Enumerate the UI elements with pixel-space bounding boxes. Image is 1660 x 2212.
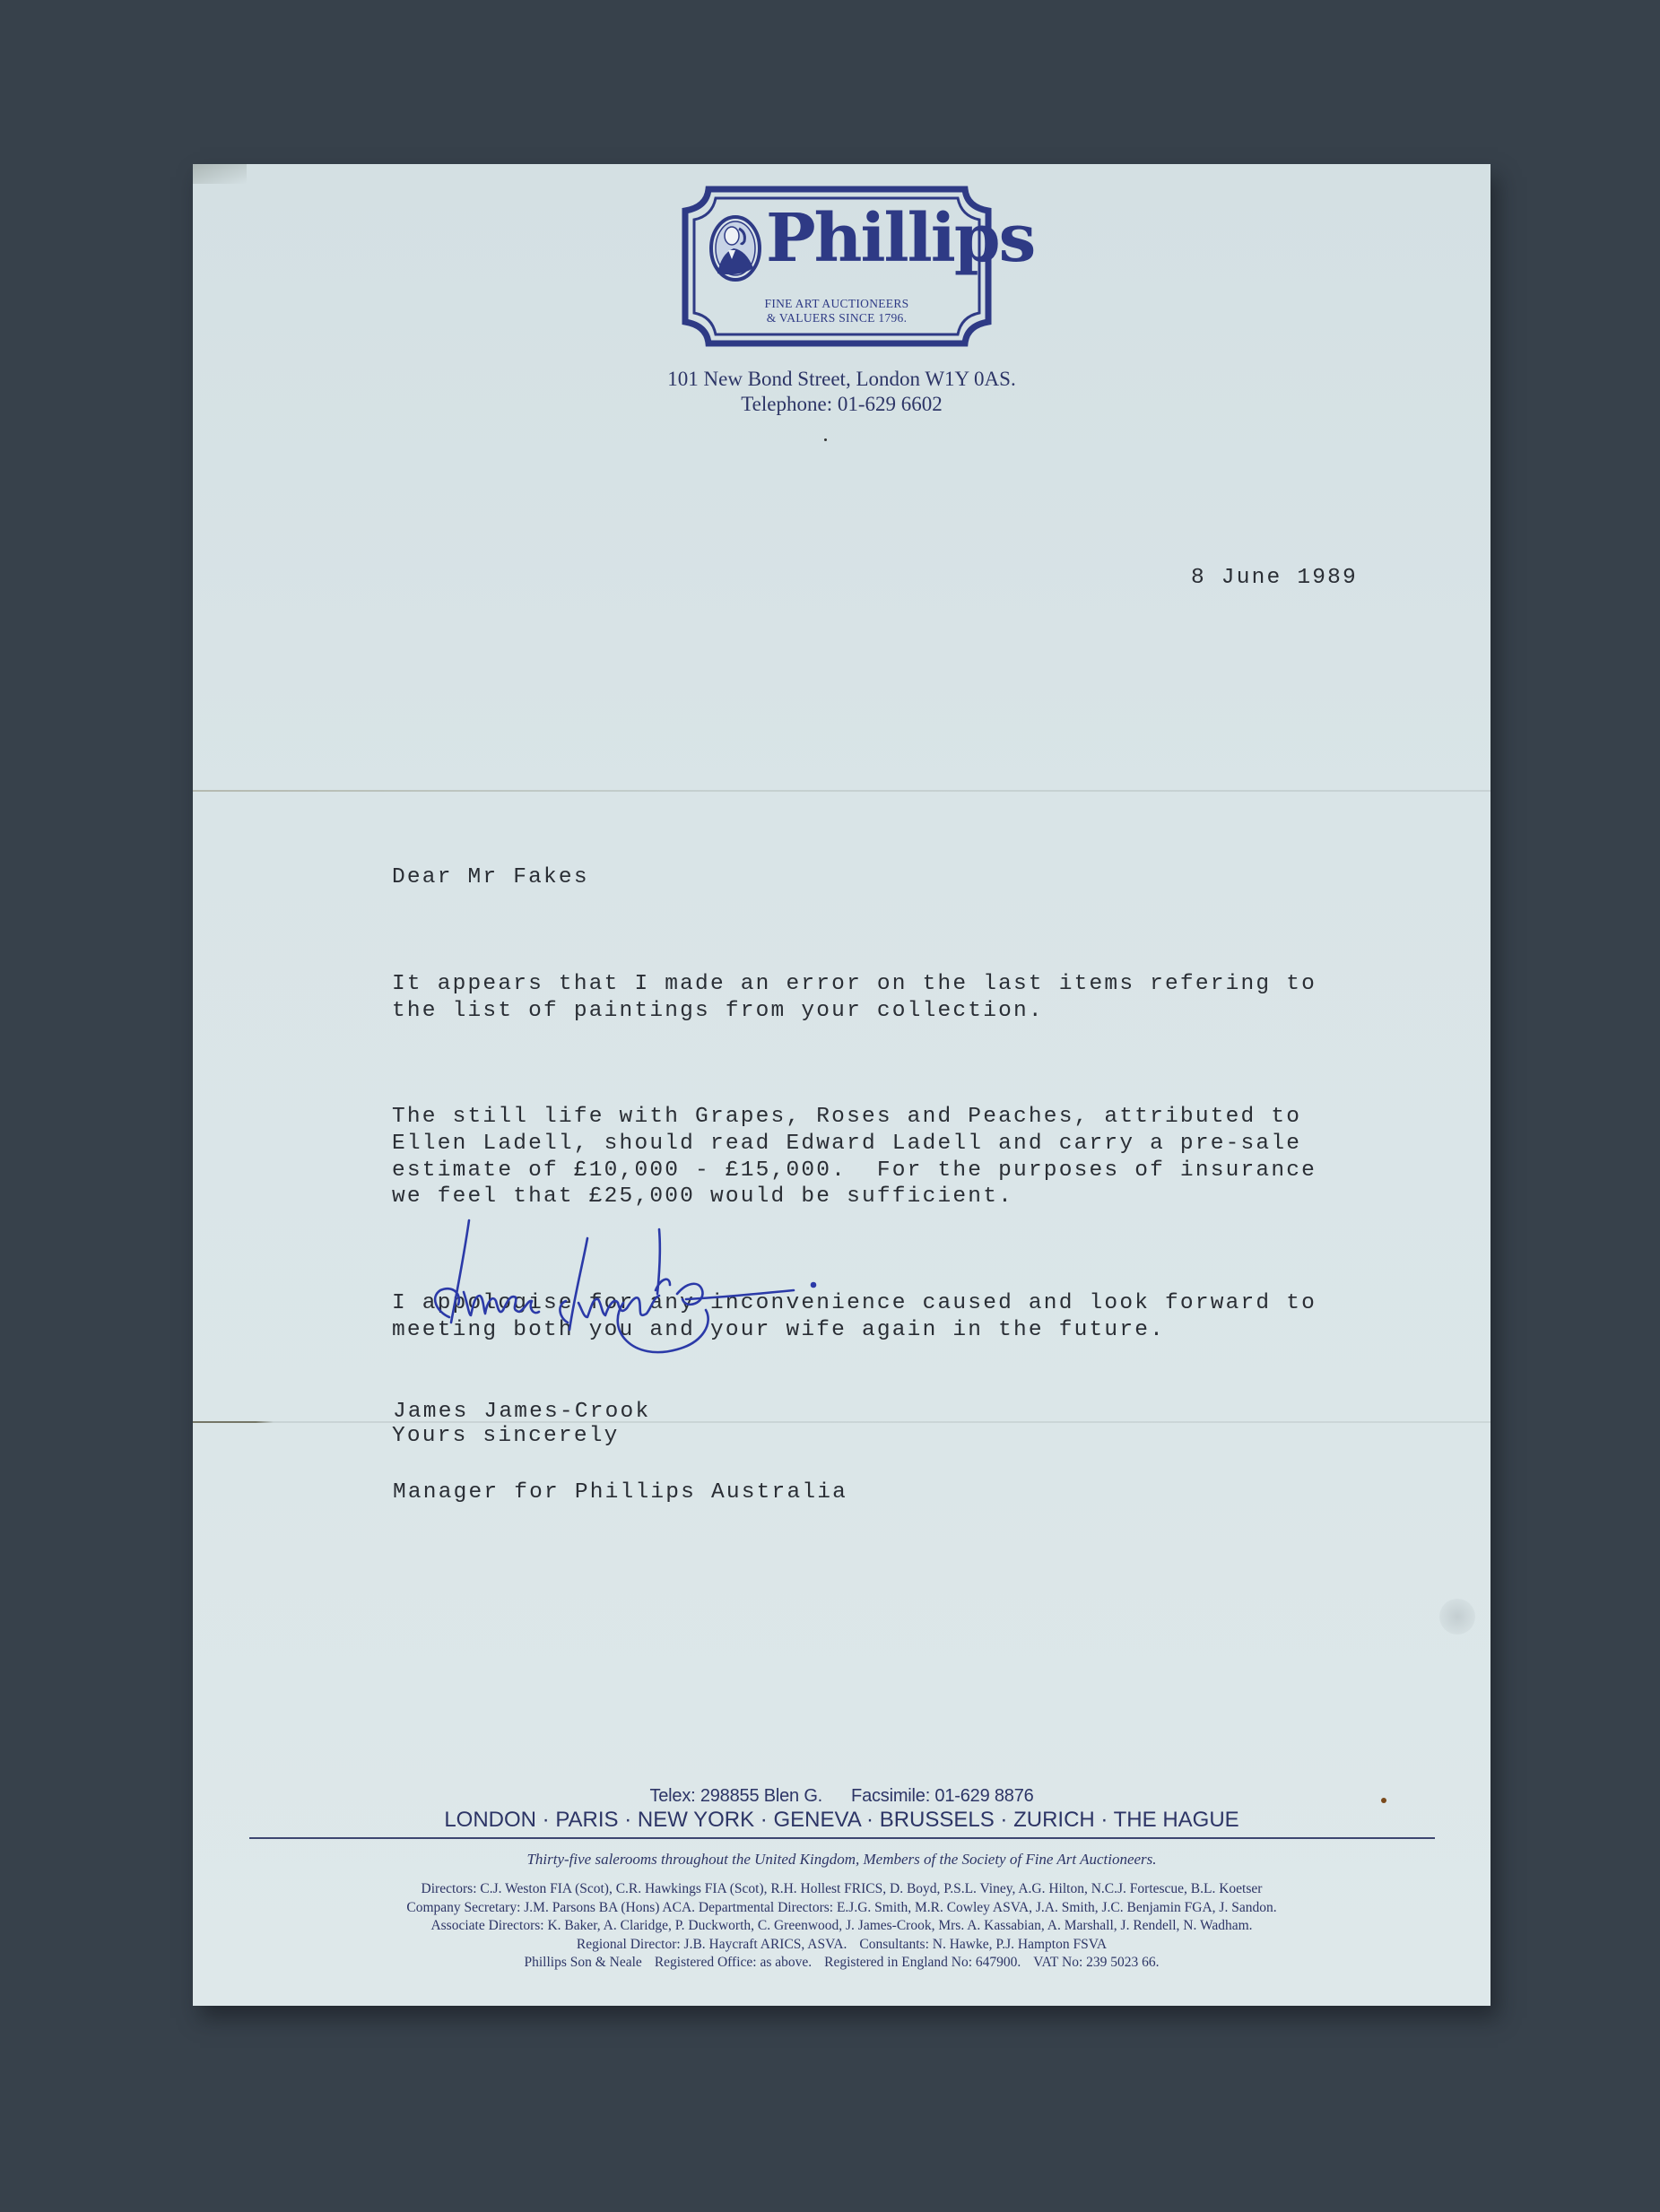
paper-smudge (1439, 1599, 1475, 1635)
footer-tagline: Thirty-five salerooms throughout the Uni… (193, 1850, 1491, 1869)
consultants: Consultants: N. Hawke, P.J. Hampton FSVA (859, 1937, 1107, 1952)
paragraph-line: It appears that I made an error on the l… (392, 972, 1317, 996)
letterhead-address: 101 New Bond Street, London W1Y 0AS. Tel… (193, 367, 1491, 417)
ink-dot (824, 438, 827, 441)
letter-page: Phillips FINE ART AUCTIONEERS & VALUERS … (193, 164, 1491, 2006)
signatory-name: James James-Crook (393, 1399, 847, 1426)
paper-corner-wear (193, 164, 247, 184)
tagline-line: & VALUERS SINCE 1796. (682, 311, 992, 325)
handwritten-signature-icon (417, 1204, 847, 1366)
company-secretary-line: Company Secretary: J.M. Parsons BA (Hons… (193, 1899, 1491, 1918)
phillips-logo: Phillips FINE ART AUCTIONEERS & VALUERS … (682, 186, 992, 347)
paragraph-line: The still life with Grapes, Roses and Pe… (392, 1105, 1301, 1129)
registered-office: Registered Office: as above. (655, 1955, 812, 1970)
directors-line: Directors: C.J. Weston FIA (Scot), C.R. … (193, 1880, 1491, 1899)
paragraph-line: Ellen Ladell, should read Edward Ladell … (392, 1132, 1301, 1156)
portrait-medallion-icon (711, 217, 760, 280)
regional-consultants-line: Regional Director: J.B. Haycraft ARICS, … (193, 1936, 1491, 1955)
paragraph-line: the list of paintings from your collecti… (392, 999, 1044, 1023)
letter-date: 8 June 1989 (1191, 566, 1358, 590)
letterhead-footer: Telex: 298855 Blen G.Facsimile: 01-629 8… (193, 1785, 1491, 1973)
paragraph: It appears that I made an error on the l… (392, 971, 1317, 1024)
paragraph-line: estimate of £10,000 - £15,000. For the p… (392, 1158, 1317, 1183)
footer-divider (249, 1837, 1435, 1839)
telex-number: Telex: 298855 Blen G. (649, 1786, 822, 1806)
brand-wordmark: Phillips (766, 205, 1034, 272)
office-cities: LONDON · PARIS · NEW YORK · GENEVA · BRU… (193, 1807, 1491, 1834)
paragraph: The still life with Grapes, Roses and Pe… (392, 1104, 1317, 1210)
company-name: Phillips Son & Neale (524, 1955, 641, 1970)
facsimile-number: Facsimile: 01-629 8876 (851, 1786, 1034, 1806)
paper-fold-line (193, 790, 1491, 792)
registration-number: Registered in England No: 647900. (824, 1955, 1021, 1970)
signatory-block: James James-Crook Manager for Phillips A… (393, 1346, 847, 1559)
salutation: Dear Mr Fakes (392, 864, 1317, 891)
brand-tagline: FINE ART AUCTIONEERS & VALUERS SINCE 179… (682, 297, 992, 325)
registration-line: Phillips Son & NealeRegistered Office: a… (193, 1954, 1491, 1973)
contact-line: Telex: 298855 Blen G.Facsimile: 01-629 8… (193, 1785, 1491, 1807)
telephone-number: Telephone: 01-629 6602 (193, 392, 1491, 417)
regional-director: Regional Director: J.B. Haycraft ARICS, … (577, 1937, 847, 1952)
associate-directors-line: Associate Directors: K. Baker, A. Clarid… (193, 1917, 1491, 1936)
signatory-title: Manager for Phillips Australia (393, 1479, 847, 1506)
street-address: 101 New Bond Street, London W1Y 0AS. (193, 367, 1491, 392)
tagline-line: FINE ART AUCTIONEERS (682, 297, 992, 311)
directors-list: Directors: C.J. Weston FIA (Scot), C.R. … (193, 1880, 1491, 1973)
vat-number: VAT No: 239 5023 66. (1033, 1955, 1159, 1970)
